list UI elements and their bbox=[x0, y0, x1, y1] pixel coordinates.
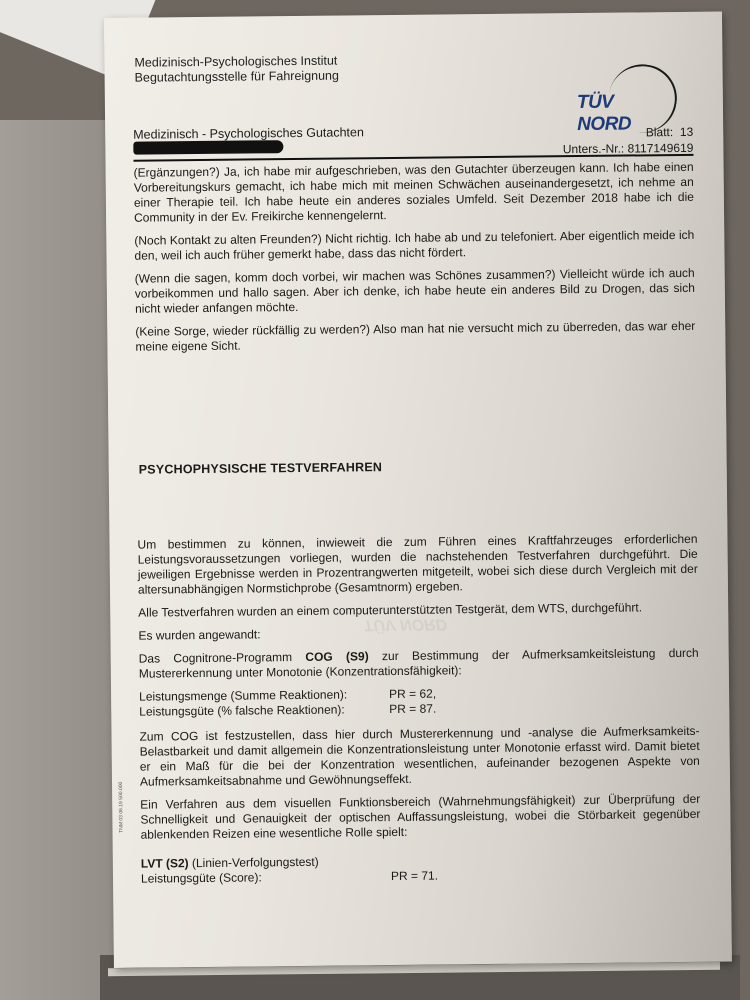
tuv-nord-logo: TÜV NORD bbox=[577, 64, 678, 115]
report-title: Medizinisch - Psychologisches Gutachten bbox=[133, 125, 364, 141]
cog-description: Das Cognitrone-Programm COG (S9) zur Bes… bbox=[139, 646, 699, 682]
intro-paragraph: Um bestimmen zu können, inwieweit die zu… bbox=[137, 532, 698, 598]
test-section: Um bestimmen zu können, inwieweit die zu… bbox=[137, 532, 701, 887]
margin-print-code: TNM 03 06.19 500.000 bbox=[118, 782, 125, 833]
section-heading: PSYCHOPHYSISCHE TESTVERFAHREN bbox=[139, 460, 382, 477]
showthrough-logo: TÜV NORD bbox=[363, 614, 447, 633]
cog-name: COG (S9) bbox=[305, 649, 368, 664]
interview-paragraph: (Wenn die sagen, komm doch vorbei, wir m… bbox=[135, 266, 695, 317]
lvt-name: LVT (S2) bbox=[141, 856, 189, 870]
interview-paragraph: (Noch Kontakt zu alten Freunden?) Nicht … bbox=[134, 228, 694, 264]
cog-results: Leistungsmenge (Summe Reaktionen):PR = 6… bbox=[139, 684, 699, 720]
interview-paragraph: (Keine Sorge, wieder rückfällig zu werde… bbox=[135, 319, 695, 355]
sheet-info: Blatt: 13 bbox=[563, 124, 694, 141]
interview-section: (Ergänzungen?) Ja, ich habe mir aufgesch… bbox=[134, 160, 696, 363]
cog-comment: Zum COG ist festzustellen, dass hier dur… bbox=[139, 724, 700, 790]
institute-department: Begutachtungsstelle für Fahreignung bbox=[135, 69, 339, 86]
cog-result-value: PR = 87. bbox=[389, 702, 436, 717]
lvt-result-value: PR = 71. bbox=[391, 869, 438, 884]
redacted-name bbox=[133, 140, 283, 155]
report-meta: Blatt: 13 Unters.-Nr.: 8117149619 bbox=[563, 124, 694, 157]
visual-paragraph: Ein Verfahren aus dem visuellen Funktion… bbox=[140, 792, 700, 843]
interview-paragraph: (Ergänzungen?) Ja, ich habe mir aufgesch… bbox=[134, 160, 695, 226]
document-page: Medizinisch-Psychologisches Institut Beg… bbox=[104, 12, 732, 968]
institute-header: Medizinisch-Psychologisches Institut Beg… bbox=[134, 54, 339, 86]
lvt-block: LVT (S2) (Linien-Verfolgungstest) Leistu… bbox=[141, 851, 701, 887]
sheet-number: 13 bbox=[680, 125, 694, 139]
cog-result-value: PR = 62, bbox=[389, 687, 436, 702]
